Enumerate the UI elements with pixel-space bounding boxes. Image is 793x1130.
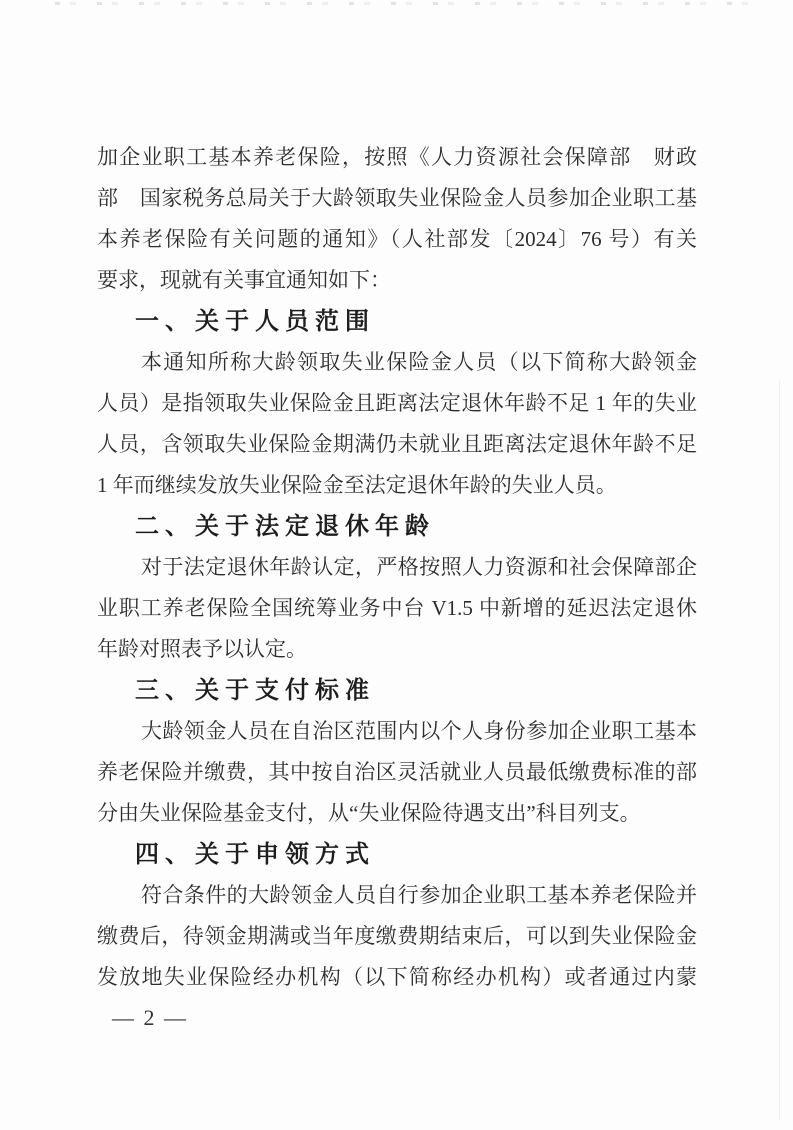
section-3-line-2: 养老保险并缴费，其中按自治区灵活就业人员最低缴费标准的部 (97, 752, 697, 793)
section-1-line-1: 本通知所称大龄领取失业保险金人员（以下简称大龄领金 (97, 342, 697, 383)
scan-artifact-right-edge (779, 380, 780, 1120)
section-1-line-3: 人员，含领取失业保险金期满仍未就业且距离法定退休年龄不足 (97, 424, 697, 465)
scanned-document-page: 加企业职工基本养老保险，按照《人力资源社会保障部 财政 部 国家税务总局关于大龄… (0, 0, 793, 1130)
section-4-line-3: 发放地失业保险经办机构（以下简称经办机构）或者通过内蒙 (97, 957, 697, 998)
page-number: — 2 — (112, 1006, 188, 1030)
document-body: 加企业职工基本养老保险，按照《人力资源社会保障部 财政 部 国家税务总局关于大龄… (97, 137, 697, 998)
intro-line-3: 本养老保险有关问题的通知》（人社部发〔2024〕76 号）有关 (97, 219, 697, 260)
section-2-line-3: 年龄对照表予以认定。 (97, 629, 697, 670)
section-4-line-2: 缴费后，待领金期满或当年度缴费期结束后，可以到失业保险金 (97, 916, 697, 957)
section-1-heading: 一、关于人员范围 (97, 301, 697, 342)
scan-artifact-top (55, 2, 758, 5)
intro-line-2: 部 国家税务总局关于大龄领取失业保险金人员参加企业职工基 (97, 178, 697, 219)
section-3-line-1: 大龄领金人员在自治区范围内以个人身份参加企业职工基本 (97, 711, 697, 752)
section-2-line-2: 业职工养老保险全国统筹业务中台 V1.5 中新增的延迟法定退休 (97, 588, 697, 629)
section-2-heading: 二、关于法定退休年龄 (97, 506, 697, 547)
section-2-line-1: 对于法定退休年龄认定，严格按照人力资源和社会保障部企 (97, 547, 697, 588)
section-3-line-3: 分由失业保险基金支付，从“失业保险待遇支出”科目列支。 (97, 793, 697, 834)
section-1-line-2: 人员）是指领取失业保险金且距离法定退休年龄不足 1 年的失业 (97, 383, 697, 424)
intro-line-1: 加企业职工基本养老保险，按照《人力资源社会保障部 财政 (97, 137, 697, 178)
section-1-line-4: 1 年而继续发放失业保险金至法定退休年龄的失业人员。 (97, 465, 697, 506)
section-4-line-1: 符合条件的大龄领金人员自行参加企业职工基本养老保险并 (97, 875, 697, 916)
section-4-heading: 四、关于申领方式 (97, 834, 697, 875)
section-3-heading: 三、关于支付标准 (97, 670, 697, 711)
intro-line-4: 要求，现就有关事宜通知如下： (97, 260, 697, 301)
